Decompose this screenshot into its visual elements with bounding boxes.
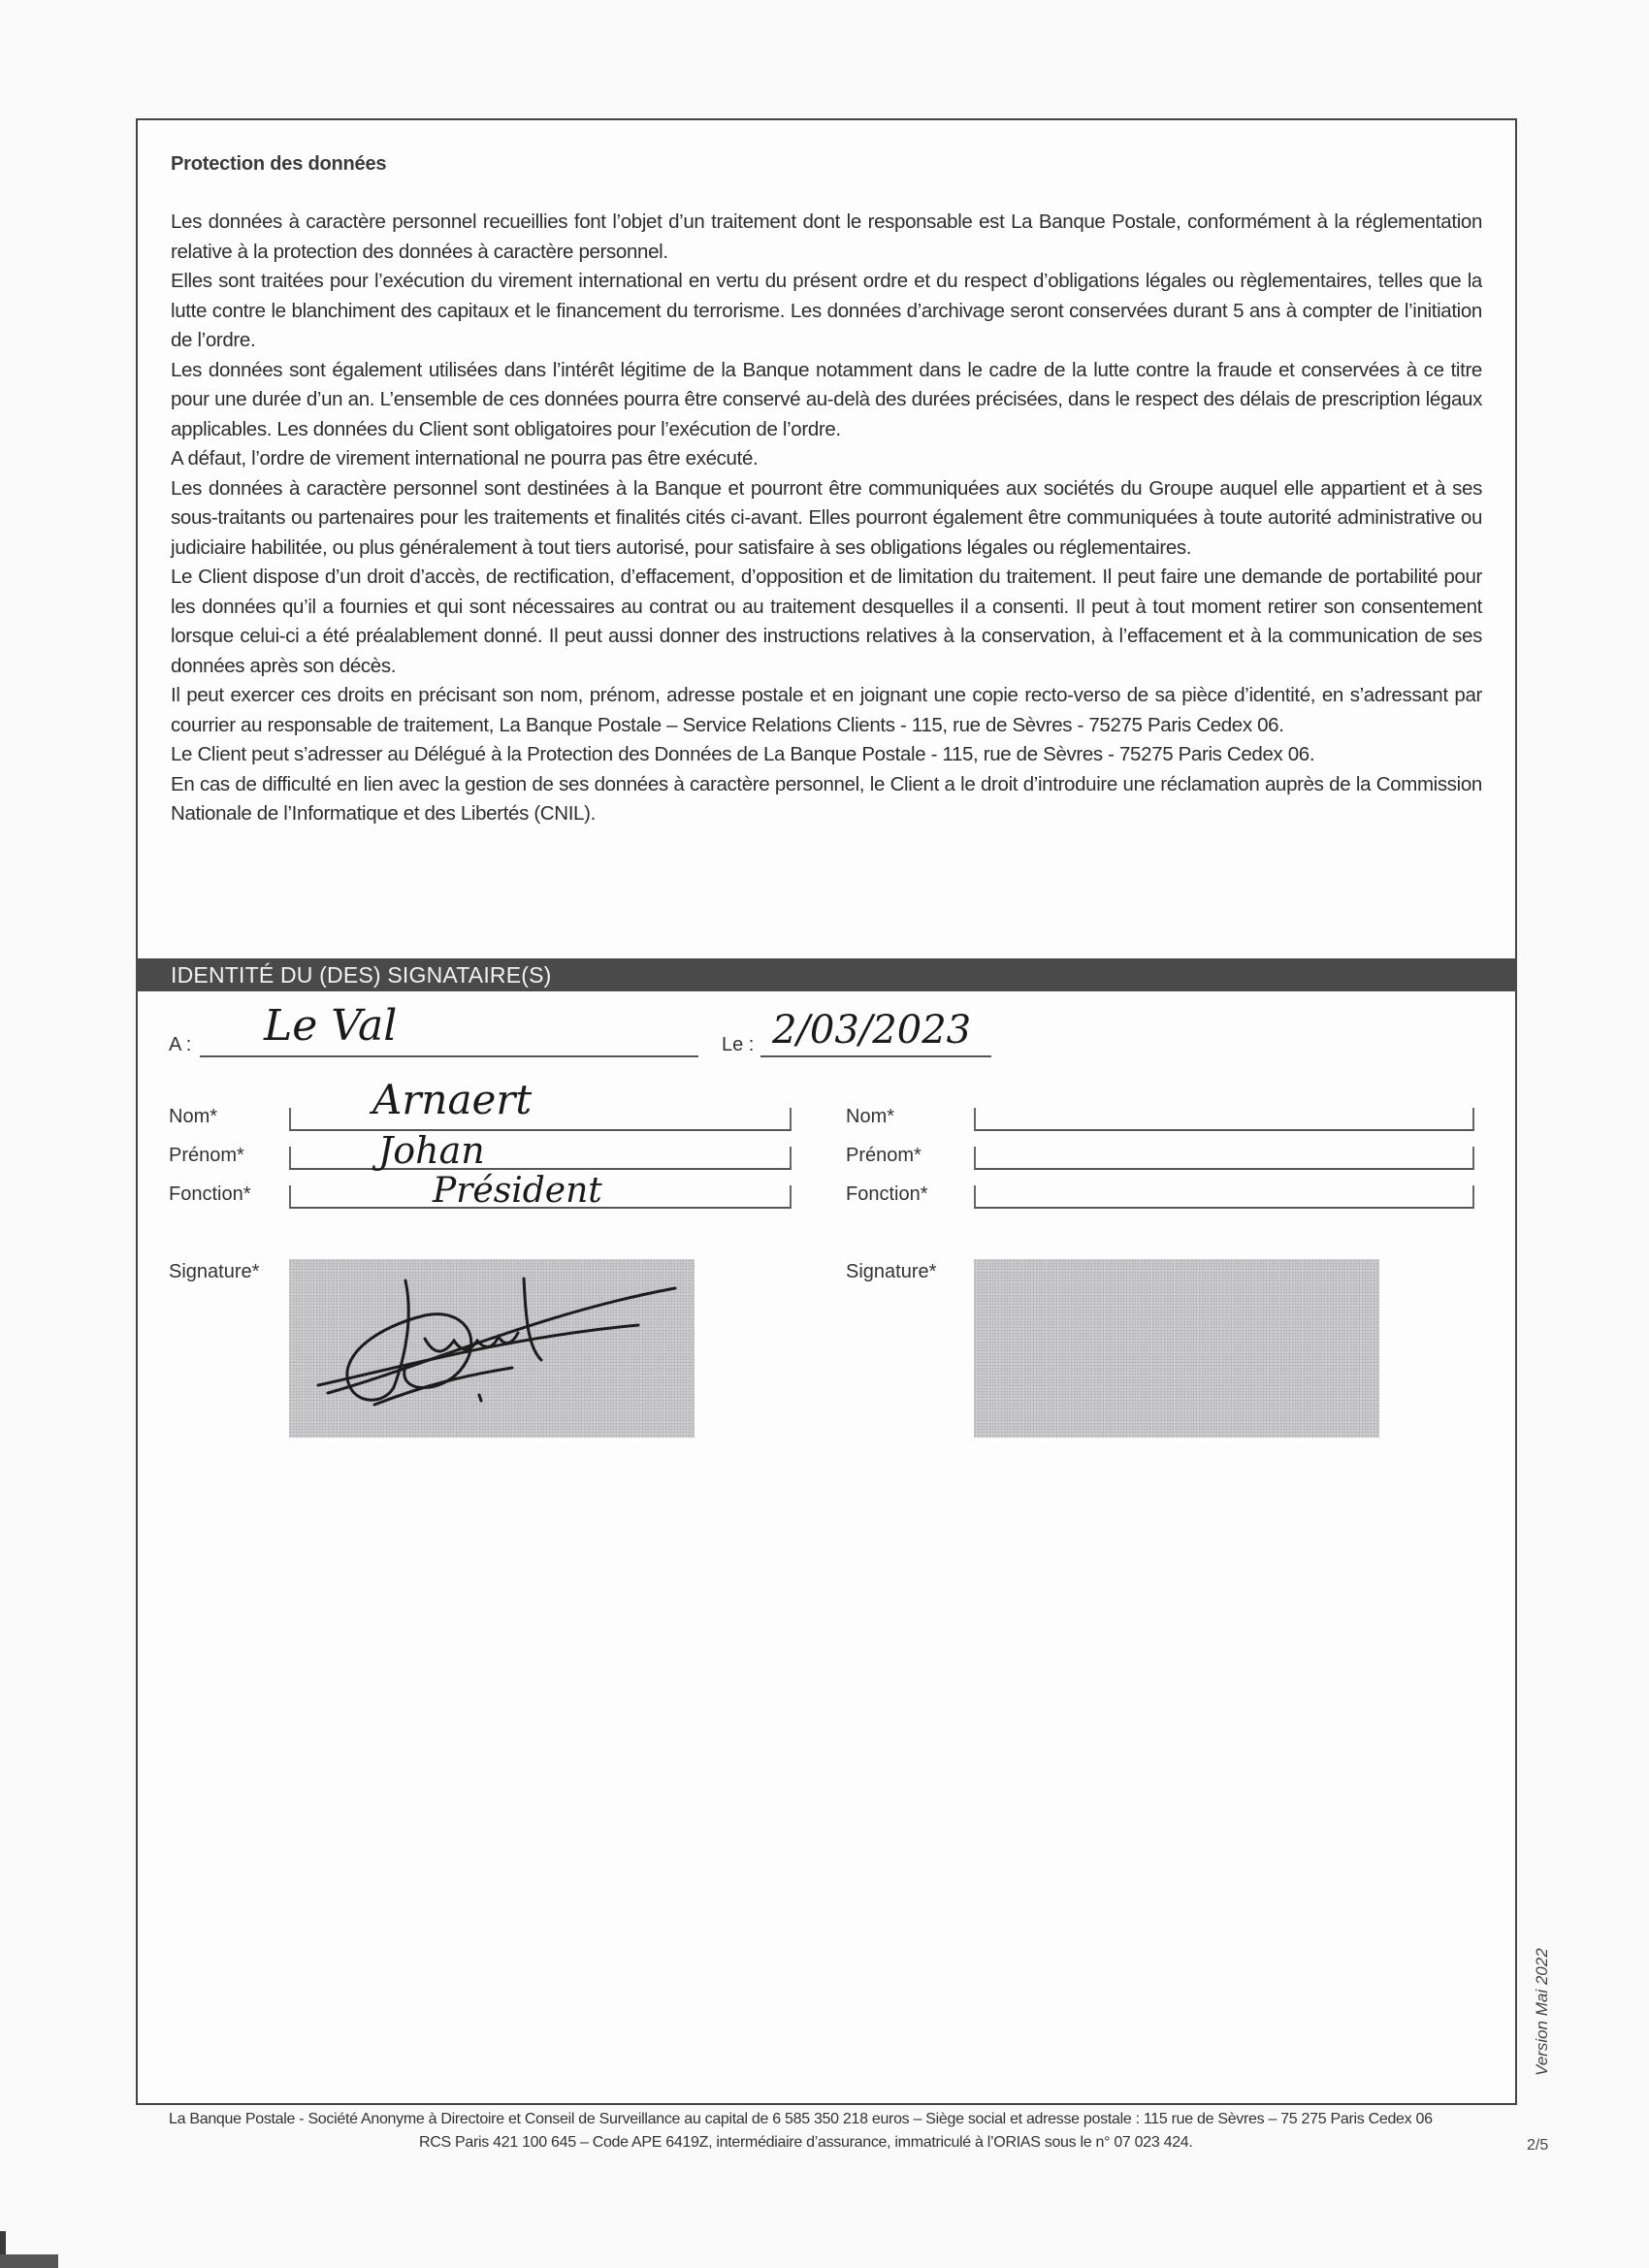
date-label: Le :: [722, 1034, 754, 1056]
data-protection-title: Protection des données: [171, 153, 386, 176]
signature-label-2: Signature*: [846, 1261, 936, 1283]
prenom-value-1: Johan: [378, 1129, 485, 1172]
place-label: A :: [169, 1034, 191, 1056]
paragraph: Le Client peut s’adresser au Délégué à l…: [171, 740, 1482, 770]
footer-legal-line-1: La Banque Postale - Société Anonyme à Di…: [169, 2111, 1433, 2128]
paragraph: Les données sont également utilisées dan…: [171, 356, 1482, 445]
version-label: Version Mai 2022: [1533, 1948, 1552, 2076]
nom-field-1[interactable]: [289, 1108, 792, 1131]
data-protection-body: Les données à caractère personnel recuei…: [171, 208, 1482, 829]
footer-legal-line-2: RCS Paris 421 100 645 – Code APE 6419Z, …: [419, 2134, 1193, 2152]
place-field[interactable]: [200, 1055, 698, 1057]
paragraph: Le Client dispose d’un droit d’accès, de…: [171, 563, 1482, 681]
paragraph: Les données à caractère personnel sont d…: [171, 474, 1482, 564]
fonction-label-2: Fonction*: [846, 1183, 928, 1206]
prenom-field-2[interactable]: [974, 1147, 1474, 1170]
fonction-label-1: Fonction*: [169, 1183, 251, 1206]
paragraph: A défaut, l’ordre de virement internatio…: [171, 444, 1482, 474]
date-field[interactable]: [760, 1055, 991, 1057]
signature-box-1[interactable]: [289, 1259, 695, 1438]
scan-edge: [0, 2254, 58, 2268]
section-header-signatories: IDENTITÉ DU (DES) SIGNATAIRE(S): [136, 958, 1517, 991]
paragraph: Elles sont traitées pour l’exécution du …: [171, 267, 1482, 356]
paragraph: Il peut exercer ces droits en précisant …: [171, 681, 1482, 740]
paragraph: En cas de difficulté en lien avec la ges…: [171, 770, 1482, 829]
signature-label-1: Signature*: [169, 1261, 259, 1283]
prenom-label-2: Prénom*: [846, 1145, 921, 1167]
prenom-label-1: Prénom*: [169, 1145, 244, 1167]
fonction-field-2[interactable]: [974, 1185, 1474, 1209]
nom-value-1: Arnaert: [372, 1079, 532, 1121]
nom-label-2: Nom*: [846, 1106, 894, 1128]
paragraph: Les données à caractère personnel recuei…: [171, 208, 1482, 267]
place-value: Le Val: [264, 1005, 397, 1048]
page-number: 2/5: [1527, 2137, 1548, 2155]
nom-field-2[interactable]: [974, 1108, 1474, 1131]
date-value: 2/03/2023: [772, 1009, 971, 1052]
prenom-field-1[interactable]: [289, 1147, 792, 1170]
fonction-value-1: Président: [433, 1170, 602, 1213]
signature-box-2[interactable]: [974, 1259, 1379, 1438]
handwritten-signature-icon: [289, 1259, 695, 1438]
nom-label-1: Nom*: [169, 1106, 217, 1128]
